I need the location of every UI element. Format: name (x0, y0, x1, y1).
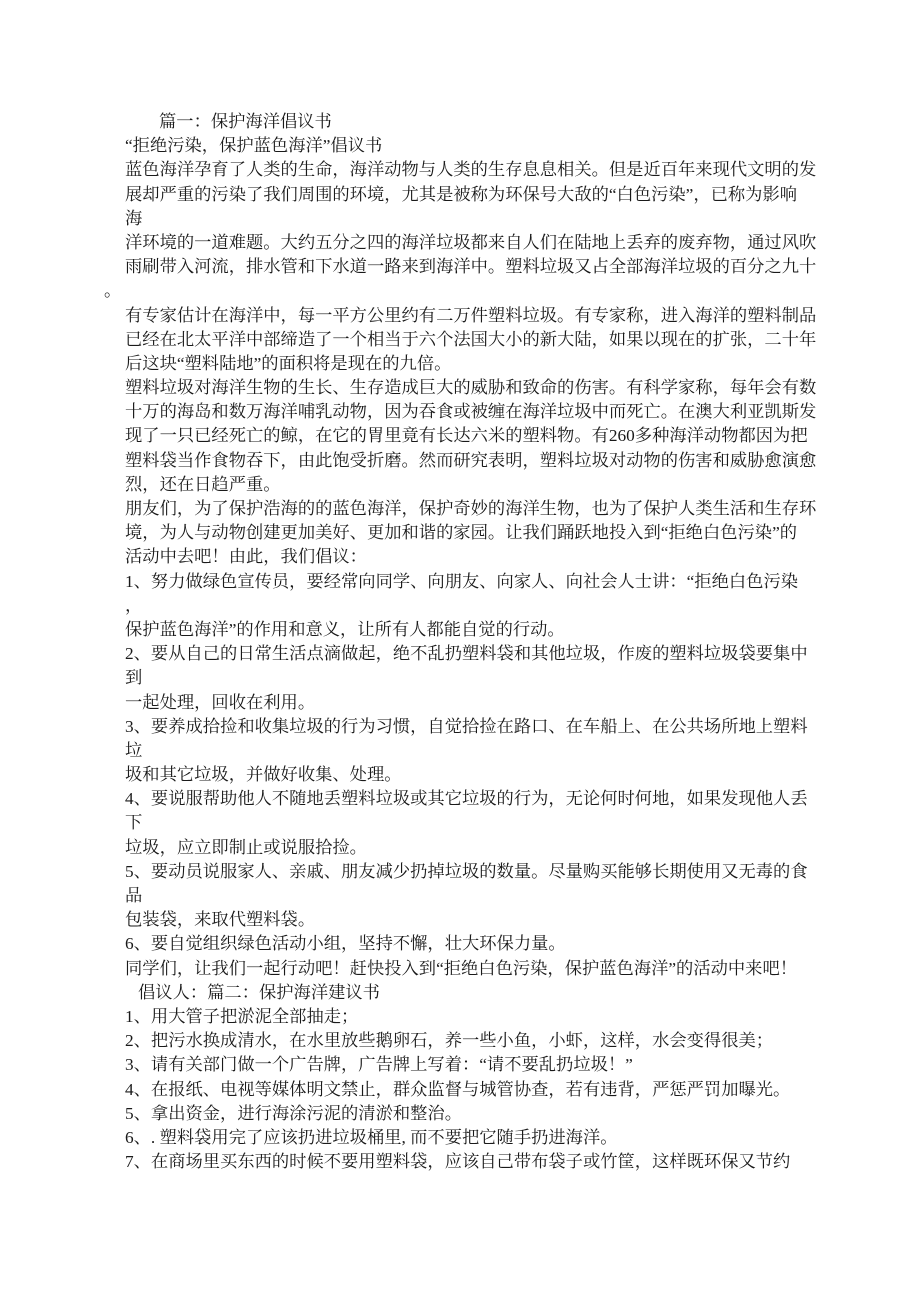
document-page: 篇一：保护海洋倡议书“拒绝污染，保护蓝色海洋”倡议书蓝色海洋孕育了人类的生命，海… (0, 0, 920, 1302)
text-line: 7、在商场里买东西的时候不要用塑料袋，应该自己带布袋子或竹筐，这样既环保又节约 (125, 1150, 835, 1174)
text-line: 海 (125, 207, 835, 231)
text-line: 3、要养成拾捡和收集垃圾的行为习惯，自觉拾捡在路口、在车船上、在公共场所地上塑料 (125, 715, 835, 739)
text-line: 2、要从自己的日常生活点滴做起，绝不乱扔塑料袋和其他垃圾，作废的塑料垃圾袋要集中 (125, 642, 835, 666)
text-line: 塑料垃圾对海洋生物的生长、生存造成巨大的威胁和致命的伤害。有科学家称，每年会有数 (125, 376, 835, 400)
text-line: 。 (104, 279, 835, 303)
text-line: 蓝色海洋孕育了人类的生命，海洋动物与人类的生存息息相关。但是近百年来现代文明的发 (125, 158, 835, 182)
text-line: 1、努力做绿色宣传员，要经常向同学、向朋友、向家人、向社会人士讲：“拒绝白色污染 (125, 570, 835, 594)
text-line: 5、要动员说服家人、亲戚、朋友减少扔掉垃圾的数量。尽量购买能够长期使用又无毒的食 (125, 860, 835, 884)
document-text-block: 篇一：保护海洋倡议书“拒绝污染，保护蓝色海洋”倡议书蓝色海洋孕育了人类的生命，海… (125, 110, 835, 1174)
text-line: 垃 (125, 739, 835, 763)
text-line: 品 (125, 884, 835, 908)
text-line: 2、把污水换成清水，在水里放些鹅卵石，养一些小鱼，小虾，这样，水会变得很美； (125, 1029, 835, 1053)
text-line: 4、在报纸、电视等媒体明文禁止，群众监督与城管协查，若有违背，严惩严罚加曝光。 (125, 1078, 835, 1102)
text-line: “拒绝污染，保护蓝色海洋”倡议书 (125, 134, 835, 158)
text-line: 篇一：保护海洋倡议书 (125, 110, 835, 134)
text-line: 朋友们，为了保护浩海的的蓝色海洋，保护奇妙的海洋生物，也为了保护人类生活和生存环 (125, 497, 835, 521)
text-line: 同学们，让我们一起行动吧！赶快投入到“拒绝白色污染，保护蓝色海洋”的活动中来吧！ (125, 957, 835, 981)
text-line: 雨刷带入河流，排水管和下水道一路来到海洋中。塑料垃圾又占全部海洋垃圾的百分之九十 (125, 255, 835, 279)
text-line: 倡议人：篇二：保护海洋建议书 (125, 981, 835, 1005)
text-line: 圾和其它垃圾，并做好收集、处理。 (125, 763, 835, 787)
text-line: 洋环境的一道难题。大约五分之四的海洋垃圾都来自人们在陆地上丢弃的废弃物，通过风吹 (125, 231, 835, 255)
text-line: 已经在北太平洋中部缔造了一个相当于六个法国大小的新大陆，如果以现在的扩张，二十年 (125, 328, 835, 352)
text-line: 后这块“塑料陆地”的面积将是现在的九倍。 (125, 352, 835, 376)
text-line: 烈，还在日趋严重。 (125, 473, 835, 497)
text-line: 一起处理，回收在利用。 (125, 691, 835, 715)
text-line: 到 (125, 666, 835, 690)
text-line: 包装袋，来取代塑料袋。 (125, 908, 835, 932)
text-line: 6、. 塑料袋用完了应该扔进垃圾桶里, 而不要把它随手扔进海洋。 (125, 1126, 835, 1150)
text-line: 6、要自觉组织绿色活动小组，坚持不懈，壮大环保力量。 (125, 932, 835, 956)
text-line: 下 (125, 811, 835, 835)
text-line: 保护蓝色海洋”的作用和意义，让所有人都能自觉的行动。 (125, 618, 835, 642)
text-line: 垃圾，应立即制止或说服拾捡。 (125, 836, 835, 860)
text-line: 展却严重的污染了我们周围的环境，尤其是被称为环保号大敌的“白色污染”，已称为影响 (125, 183, 835, 207)
text-line: 境，为人与动物创建更加美好、更加和谐的家园。让我们踊跃地投入到“拒绝白色污染”的 (125, 521, 835, 545)
text-line: 1、用大管子把淤泥全部抽走； (125, 1005, 835, 1029)
text-line: ， (125, 594, 835, 618)
text-line: 5、拿出资金，进行海涂污泥的清淤和整治。 (125, 1102, 835, 1126)
text-line: 十万的海岛和数万海洋哺乳动物，因为吞食或被缠在海洋垃圾中而死亡。在澳大利亚凯斯发 (125, 400, 835, 424)
text-line: 塑料袋当作食物吞下，由此饱受折磨。然而研究表明，塑料垃圾对动物的伤害和威胁愈演愈 (125, 449, 835, 473)
text-line: 现了一只已经死亡的鲸，在它的胃里竟有长达六米的塑料物。有260多种海洋动物都因为… (125, 424, 835, 448)
text-line: 活动中去吧！由此，我们倡议： (125, 545, 835, 569)
text-line: 有专家估计在海洋中，每一平方公里约有二万件塑料垃圾。有专家称，进入海洋的塑料制品 (125, 304, 835, 328)
text-line: 4、要说服帮助他人不随地丢塑料垃圾或其它垃圾的行为，无论何时何地，如果发现他人丢 (125, 787, 835, 811)
text-line: 3、请有关部门做一个广告牌，广告牌上写着：“请不要乱扔垃圾！” (125, 1053, 835, 1077)
